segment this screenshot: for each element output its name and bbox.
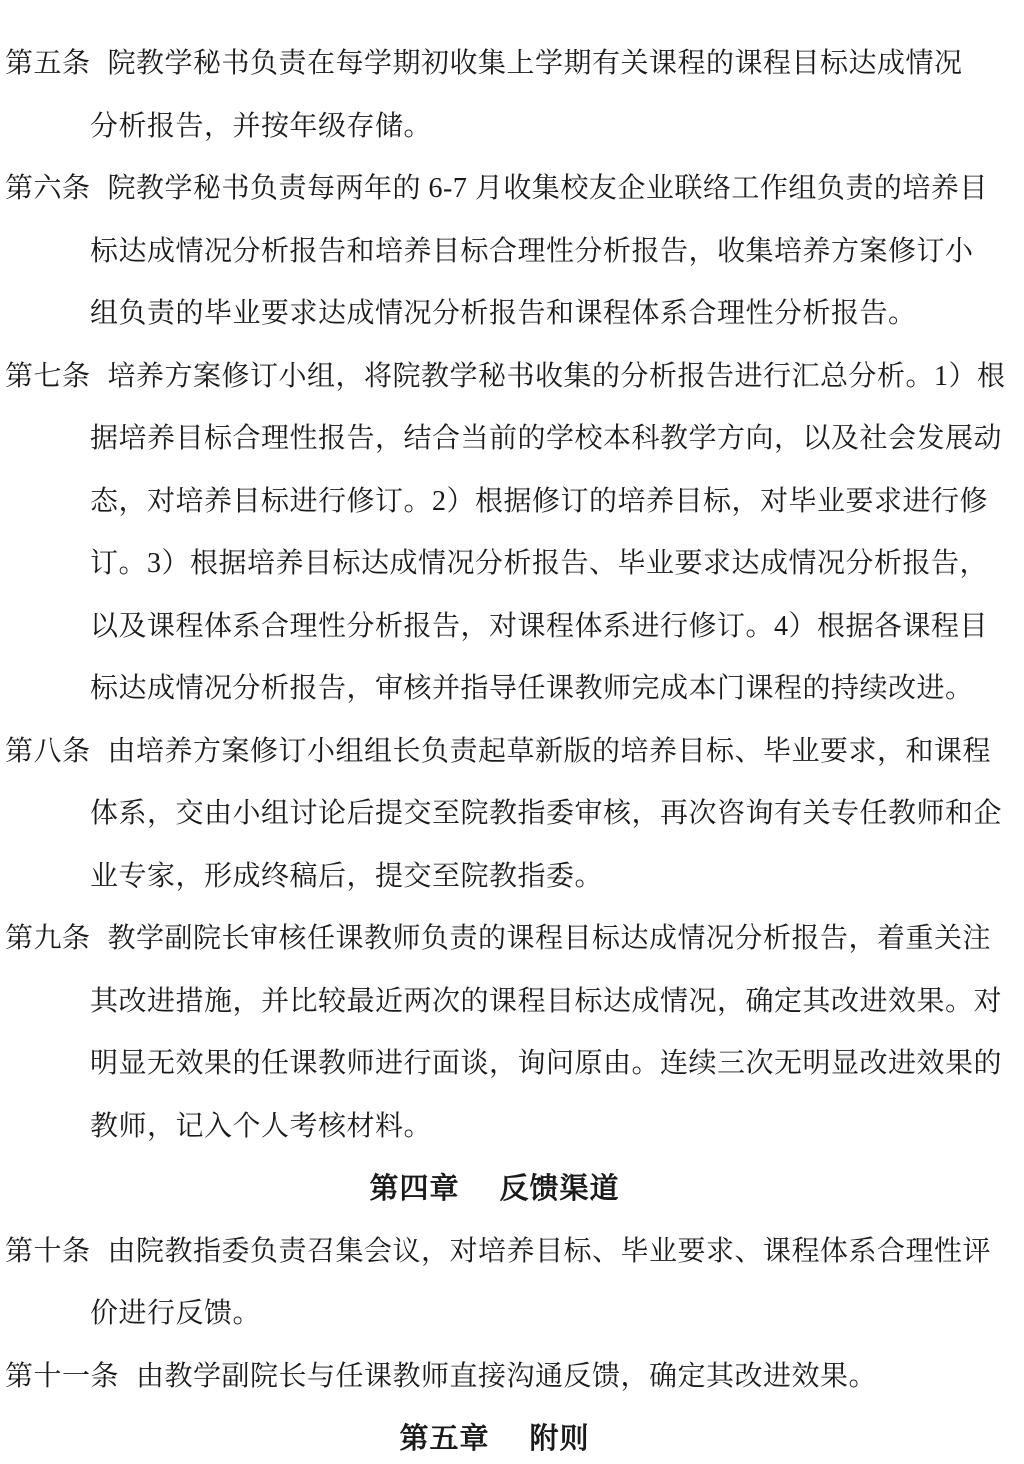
article-10: 第十条由院教指委负责召集会议，对培养目标、毕业要求、课程体系合理性评 价进行反馈… (5, 1221, 984, 1346)
article-7-line-6: 标达成情况分析报告，审核并指导任课教师完成本门课程的持续改进。 (5, 658, 984, 721)
article-6-first-line: 第六条院教学秘书负责每两年的 6-7 月收集校友企业联络工作组负责的培养目 (5, 158, 984, 221)
article-9-line-1: 教学副院长审核任课教师负责的课程目标达成情况分析报告，着重关注 (108, 923, 992, 954)
article-7-line-1: 培养方案修订小组，将院教学秘书收集的分析报告进行汇总分析。1）根 (108, 361, 1006, 392)
chapter-5-title: 附则 (530, 1423, 590, 1455)
article-8: 第八条由培养方案修订小组组长负责起草新版的培养目标、毕业要求，和课程 体系，交由… (5, 721, 984, 909)
article-9-line-3: 明显无效果的任课教师进行面谈，询问原由。连续三次无明显改进效果的 (5, 1033, 984, 1096)
article-7-line-2: 据培养目标合理性报告，结合当前的学校本科教学方向，以及社会发展动 (5, 408, 984, 471)
article-9: 第九条教学副院长审核任课教师负责的课程目标达成情况分析报告，着重关注 其改进措施… (5, 908, 984, 1158)
article-8-line-1: 由培养方案修订小组组长负责起草新版的培养目标、毕业要求，和课程 (108, 736, 992, 767)
article-8-label: 第八条 (5, 736, 91, 767)
article-11-line-1: 由教学副院长与任课教师直接沟通反馈，确定其改进效果。 (136, 1361, 877, 1392)
article-11: 第十一条由教学副院长与任课教师直接沟通反馈，确定其改进效果。 (5, 1346, 984, 1409)
article-10-first-line: 第十条由院教指委负责召集会议，对培养目标、毕业要求、课程体系合理性评 (5, 1221, 984, 1284)
article-11-label: 第十一条 (5, 1361, 119, 1392)
article-7-line-4: 订。3）根据培养目标达成情况分析报告、毕业要求达成情况分析报告， (5, 533, 984, 596)
article-7-line-5: 以及课程体系合理性分析报告，对课程体系进行修订。4）根据各课程目 (5, 596, 984, 659)
article-5-first-line: 第五条院教学秘书负责在每学期初收集上学期有关课程的课程目标达成情况 (5, 33, 984, 96)
article-8-line-3: 业专家，形成终稿后，提交至院教指委。 (5, 846, 984, 909)
article-11-first-line: 第十一条由教学副院长与任课教师直接沟通反馈，确定其改进效果。 (5, 1346, 984, 1409)
article-6-line-3: 组负责的毕业要求达成情况分析报告和课程体系合理性分析报告。 (5, 283, 984, 346)
article-5: 第五条院教学秘书负责在每学期初收集上学期有关课程的课程目标达成情况 分析报告，并… (5, 33, 984, 158)
article-7: 第七条培养方案修订小组，将院教学秘书收集的分析报告进行汇总分析。1）根 据培养目… (5, 346, 984, 721)
article-10-line-2: 价进行反馈。 (5, 1283, 984, 1346)
article-7-label: 第七条 (5, 361, 91, 392)
document-page: 第五条院教学秘书负责在每学期初收集上学期有关课程的课程目标达成情况 分析报告，并… (0, 0, 1024, 1464)
chapter-4-heading: 第四章反馈渠道 (5, 1158, 984, 1221)
article-7-first-line: 第七条培养方案修订小组，将院教学秘书收集的分析报告进行汇总分析。1）根 (5, 346, 984, 409)
article-9-line-4: 教师，记入个人考核材料。 (5, 1096, 984, 1159)
chapter-4-title: 反馈渠道 (500, 1173, 620, 1205)
chapter-5-number: 第五章 (399, 1423, 489, 1455)
article-8-first-line: 第八条由培养方案修订小组组长负责起草新版的培养目标、毕业要求，和课程 (5, 721, 984, 784)
article-6-line-1: 院教学秘书负责每两年的 6-7 月收集校友企业联络工作组负责的培养目 (108, 173, 988, 204)
article-5-label: 第五条 (5, 48, 91, 79)
article-7-line-3: 态，对培养目标进行修订。2）根据修订的培养目标，对毕业要求进行修 (5, 471, 984, 534)
article-9-label: 第九条 (5, 923, 91, 954)
chapter-4-number: 第四章 (369, 1173, 459, 1205)
article-6: 第六条院教学秘书负责每两年的 6-7 月收集校友企业联络工作组负责的培养目 标达… (5, 158, 984, 346)
article-10-label: 第十条 (5, 1236, 91, 1267)
chapter-5-heading: 第五章附则 (5, 1408, 984, 1464)
article-8-line-2: 体系，交由小组讨论后提交至院教指委审核，再次咨询有关专任教师和企 (5, 783, 984, 846)
article-6-label: 第六条 (5, 173, 91, 204)
article-6-line-2: 标达成情况分析报告和培养目标合理性分析报告，收集培养方案修订小 (5, 221, 984, 284)
article-5-line-1: 院教学秘书负责在每学期初收集上学期有关课程的课程目标达成情况 (108, 48, 963, 79)
article-9-line-2: 其改进措施，并比较最近两次的课程目标达成情况，确定其改进效果。对 (5, 971, 984, 1034)
article-10-line-1: 由院教指委负责召集会议，对培养目标、毕业要求、课程体系合理性评 (108, 1236, 992, 1267)
article-9-first-line: 第九条教学副院长审核任课教师负责的课程目标达成情况分析报告，着重关注 (5, 908, 984, 971)
article-5-line-2: 分析报告，并按年级存储。 (5, 96, 984, 159)
